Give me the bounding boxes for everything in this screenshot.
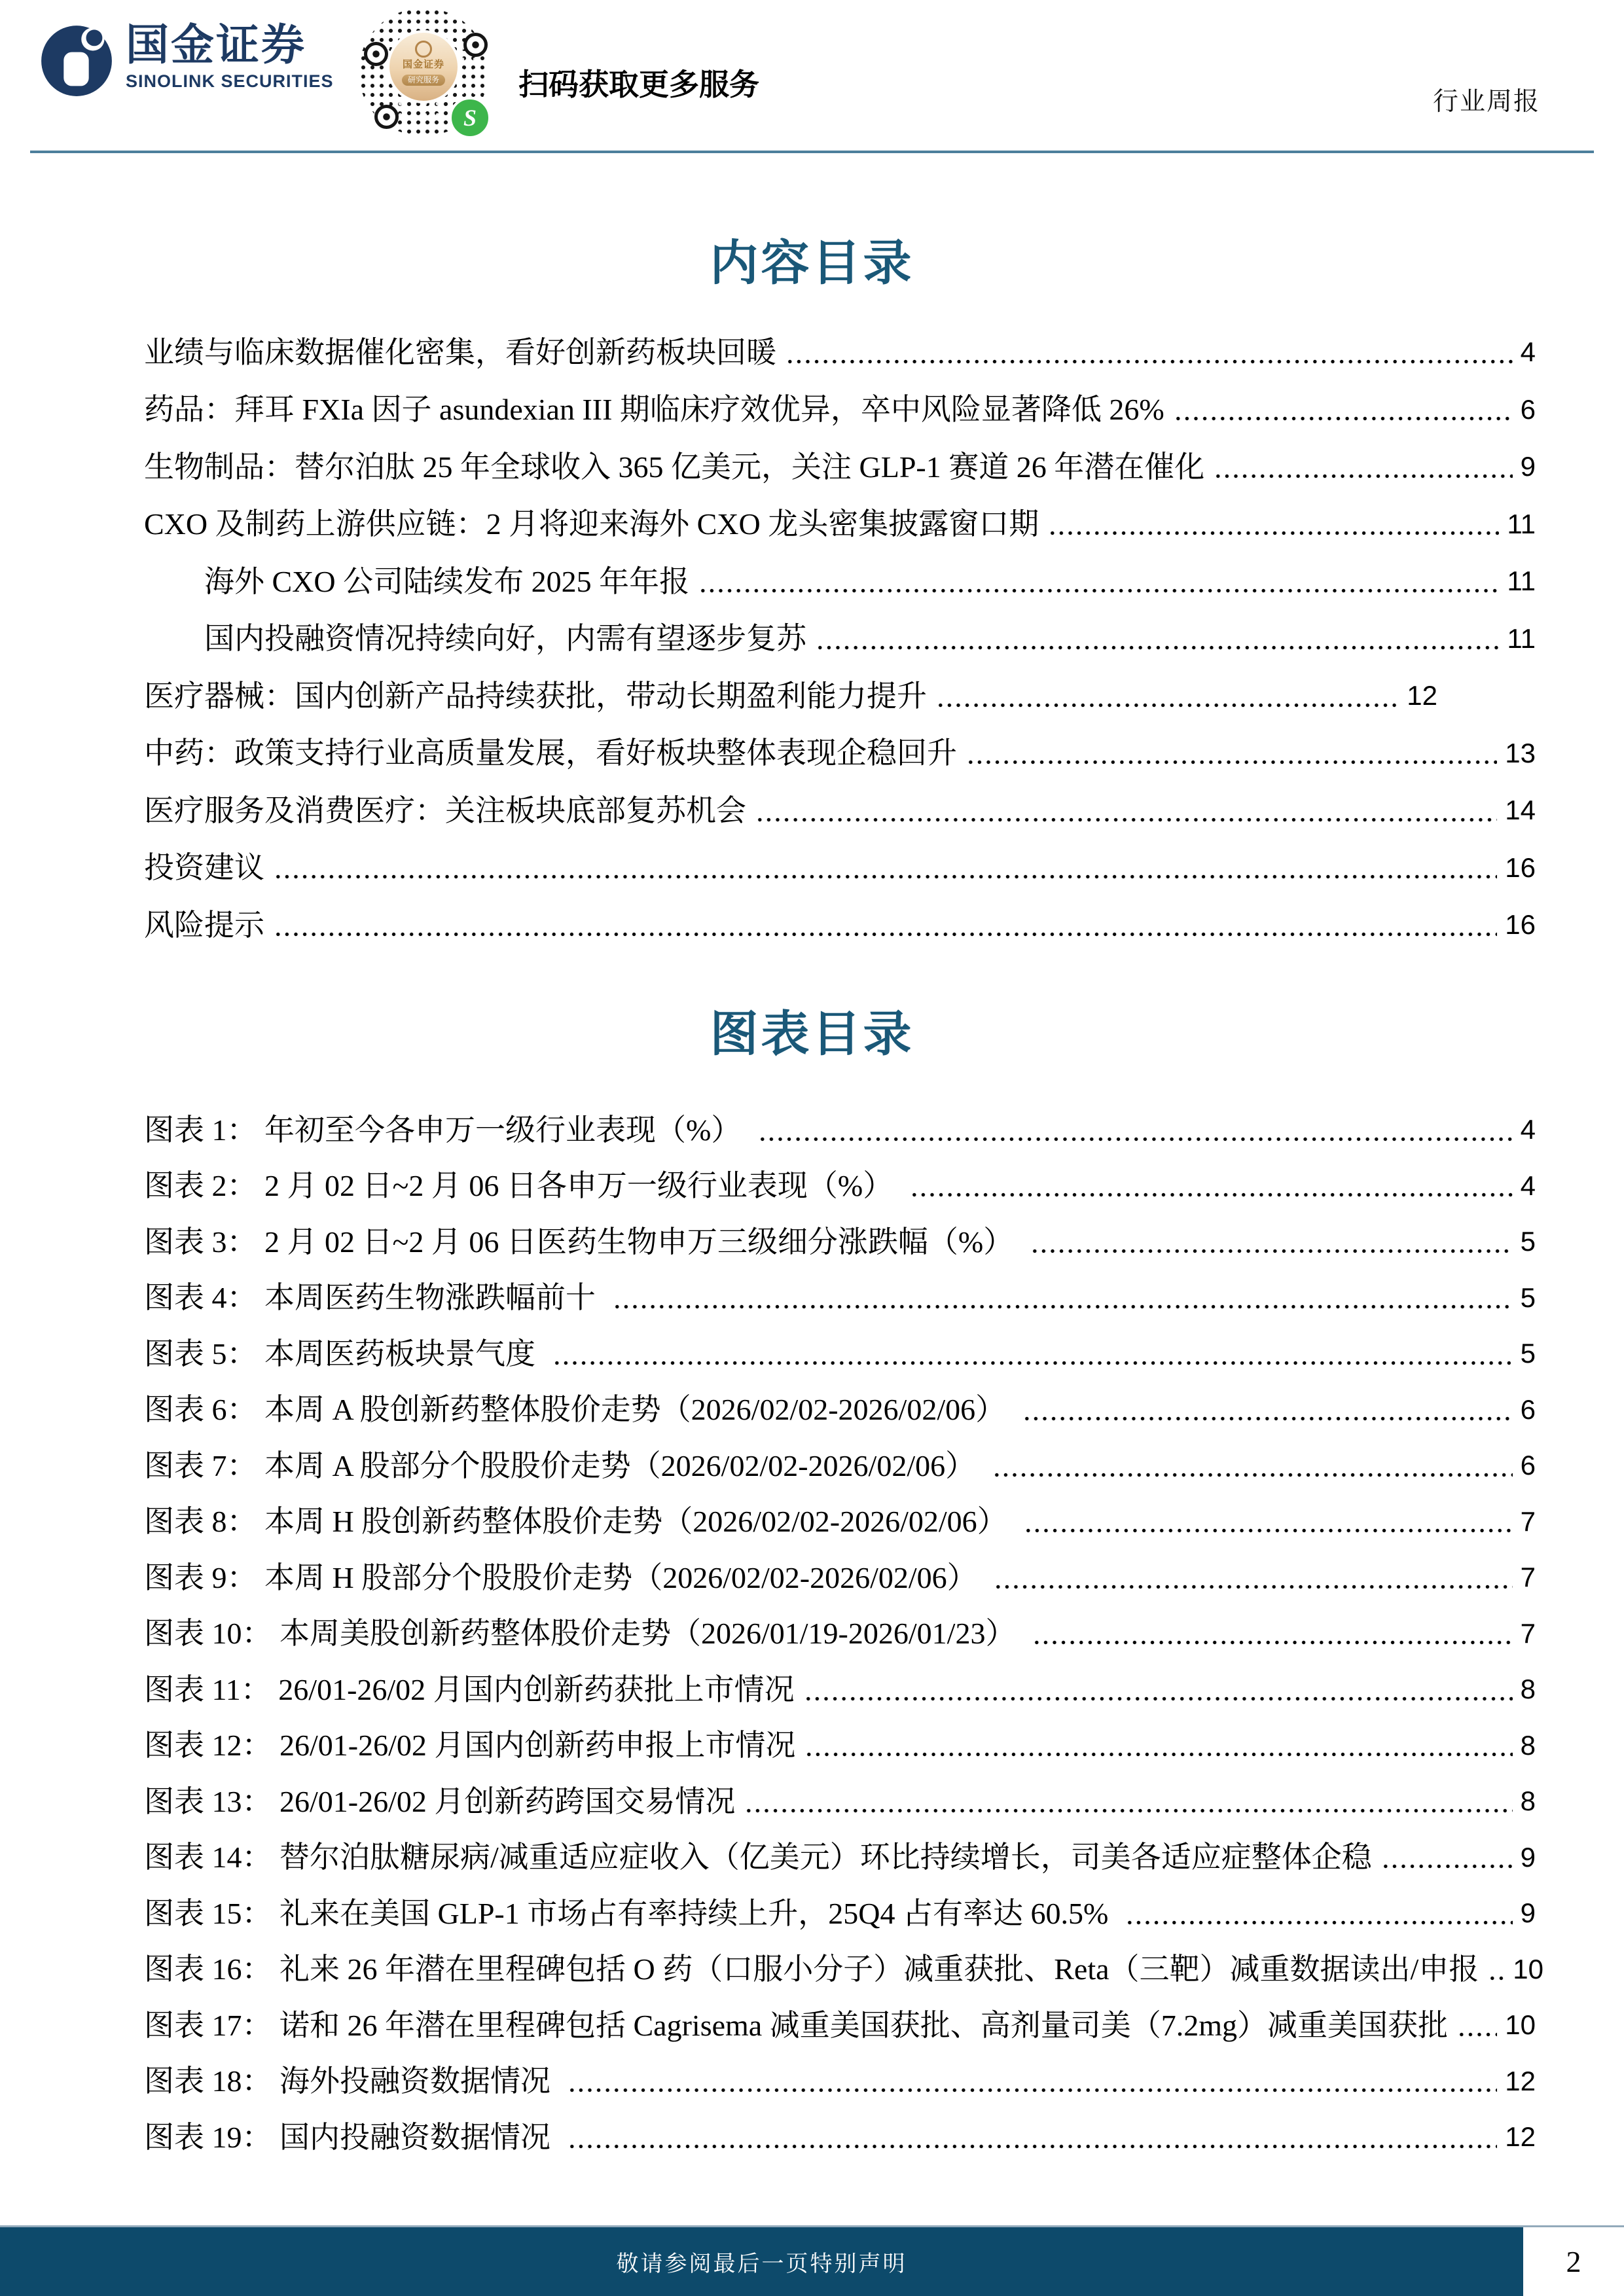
figure-toc-title: 图表目录 — [0, 1011, 1624, 1059]
toc-entry[interactable]: 药品：拜耳 FXIa 因子 asundexian III 期临床疗效优异，卒中风… — [144, 393, 1536, 427]
brand-logo: 国金证券 SINOLINK SECURITIES — [39, 22, 334, 97]
brand-name: 国金证券 — [126, 22, 334, 67]
report-type-label: 行业周报 — [1433, 89, 1540, 115]
dot-leader — [992, 1473, 1513, 1477]
qr-code: 国金证券 研究服务 S — [359, 8, 488, 136]
figure-toc-entry[interactable]: 图表 14： 替尔泊肽糖尿病/减重适应症收入（亿美元）环比持续增长，司美各适应症… — [144, 1840, 1536, 1875]
toc-entry[interactable]: 风险提示 16 — [144, 908, 1536, 942]
toc-entry-label: 图表 16： 礼来 26 年潜在里程碑包括 O 药（口服小分子）减重获批、Ret… — [144, 1952, 1479, 1986]
qr-finder-icon — [374, 105, 399, 129]
toc-entry-label: 图表 15： 礼来在美国 GLP-1 市场占有率持续上升，25Q4 占有率达 6… — [144, 1897, 1116, 1931]
toc-page-number: 11 — [1507, 622, 1536, 656]
toc-page-number: 16 — [1505, 851, 1536, 886]
toc-entry-label: 图表 12： 26/01-26/02 月国内创新药申报上市情况 — [144, 1729, 795, 1763]
figure-toc: 图表 1： 年初至今各申万一级行业表现（%） 4 图表 2： 2 月 02 日~… — [144, 1113, 1536, 2176]
toc-entry-label: 医疗服务及消费医疗：关注板块底部复苏机会 — [144, 794, 746, 828]
dot-leader — [804, 1696, 1513, 1701]
figure-toc-entry[interactable]: 图表 6： 本周 A 股创新药整体股价走势（2026/02/02-2026/02… — [144, 1393, 1536, 1427]
figure-toc-entry[interactable]: 图表 9： 本周 H 股部分个股股价走势（2026/02/02-2026/02/… — [144, 1560, 1536, 1595]
toc-page-number: 14 — [1505, 793, 1536, 828]
toc-page-number: 9 — [1521, 450, 1536, 484]
toc-entry-label: 图表 19： 国内投融资数据情况 — [144, 2121, 558, 2155]
content-toc: 业绩与临床数据催化密集，看好创新药板块回暖 4 药品：拜耳 FXIa 因子 as… — [144, 335, 1536, 965]
header-divider — [30, 151, 1594, 153]
qr-caption: 扫码获取更多服务 — [518, 69, 759, 99]
toc-entry[interactable]: 投资建议 16 — [144, 851, 1536, 886]
dot-leader — [785, 359, 1513, 364]
qr-finder-icon — [364, 42, 388, 66]
toc-entry[interactable]: 国内投融资情况持续向好，内需有望逐步复苏 11 — [144, 622, 1536, 656]
figure-toc-entry[interactable]: 图表 17： 诺和 26 年潜在里程碑包括 Cagrisema 减重美国获批、高… — [144, 2008, 1536, 2043]
dot-leader — [910, 1193, 1513, 1197]
dot-leader — [613, 1304, 1513, 1309]
report-page: 国金证券 SINOLINK SECURITIES 国金证券 研究服务 S 扫码获… — [0, 0, 1624, 2296]
toc-entry-label: 海外 CXO 公司陆续发布 2025 年年报 — [204, 565, 689, 599]
toc-page-number: 11 — [1507, 564, 1536, 599]
page-number: 2 — [1523, 2227, 1624, 2296]
toc-entry-label: 图表 13： 26/01-26/02 月创新药跨国交易情况 — [144, 1785, 735, 1819]
dot-leader — [698, 588, 1499, 593]
toc-entry-label: 图表 1： 年初至今各申万一级行业表现（%） — [144, 1113, 749, 1147]
toc-entry-label: 图表 3： 2 月 02 日~2 月 06 日医药生物申万三级细分涨跌幅（%） — [144, 1225, 1021, 1259]
dot-leader — [1381, 1864, 1513, 1869]
footer-disclaimer: 敬请参阅最后一页特别声明 — [617, 2246, 907, 2278]
toc-entry-label: 中药：政策支持行业高质量发展，看好板块整体表现企稳回升 — [144, 736, 957, 770]
dot-leader — [758, 1137, 1513, 1141]
figure-toc-entry[interactable]: 图表 7： 本周 A 股部分个股股价走势（2026/02/02-2026/02/… — [144, 1448, 1536, 1483]
brand-text: 国金证券 SINOLINK SECURITIES — [126, 22, 334, 90]
dot-leader — [1024, 1528, 1512, 1533]
toc-entry-label: 药品：拜耳 FXIa 因子 asundexian III 期临床疗效优异，卒中风… — [144, 393, 1164, 427]
figure-toc-entry[interactable]: 图表 18： 海外投融资数据情况 12 — [144, 2064, 1536, 2099]
dot-leader — [1032, 1640, 1513, 1645]
toc-page-number: 6 — [1521, 1393, 1536, 1427]
toc-page-number: 10 — [1505, 2008, 1536, 2043]
dot-leader — [1022, 1416, 1513, 1421]
toc-entry-label: 投资建议 — [144, 851, 264, 885]
dot-leader — [1048, 531, 1499, 535]
toc-page-number: 12 — [1505, 2120, 1536, 2155]
toc-entry-label: 图表 8： 本周 H 股创新药整体股价走势（2026/02/02-2026/02… — [144, 1505, 1015, 1539]
toc-page-number: 4 — [1521, 335, 1536, 370]
toc-page-number: 8 — [1521, 1729, 1536, 1763]
qr-center-logo-icon — [415, 41, 432, 58]
figure-toc-entry[interactable]: 图表 4： 本周医药生物涨跌幅前十 5 — [144, 1281, 1536, 1316]
qr-center-service-label: 研究服务 — [402, 75, 445, 86]
toc-entry[interactable]: 海外 CXO 公司陆续发布 2025 年年报 11 — [144, 564, 1536, 599]
toc-entry-label: 图表 4： 本周医药生物涨跌幅前十 — [144, 1281, 604, 1315]
toc-entry-label: 图表 2： 2 月 02 日~2 月 06 日各申万一级行业表现（%） — [144, 1169, 901, 1203]
qr-center-medallion: 国金证券 研究服务 — [387, 30, 460, 103]
toc-entry-label: 图表 5： 本周医药板块景气度 — [144, 1337, 543, 1371]
toc-page-number: 12 — [1407, 679, 1437, 713]
toc-entry-label: 图表 11： 26/01-26/02 月国内创新药获批上市情况 — [144, 1673, 795, 1707]
dot-leader — [1174, 416, 1513, 421]
toc-page-number: 6 — [1521, 393, 1536, 427]
figure-toc-entry[interactable]: 图表 19： 国内投融资数据情况 12 — [144, 2120, 1536, 2155]
wechat-channel-icon: S — [449, 97, 491, 139]
toc-entry-label: 图表 7： 本周 A 股部分个股股价走势（2026/02/02-2026/02/… — [144, 1449, 983, 1483]
toc-page-number: 13 — [1505, 736, 1536, 771]
dot-leader — [552, 1361, 1513, 1365]
toc-page-number: 8 — [1521, 1784, 1536, 1819]
dot-leader — [1488, 1976, 1505, 1981]
toc-page-number: 7 — [1521, 1505, 1536, 1539]
figure-toc-entry[interactable]: 图表 5： 本周医药板块景气度 5 — [144, 1336, 1536, 1371]
toc-entry-label: 图表 18： 海外投融资数据情况 — [144, 2064, 558, 2098]
sinolink-logo-icon — [39, 22, 114, 97]
toc-entry[interactable]: 医疗器械：国内创新产品持续获批，带动长期盈利能力提升 12 — [144, 679, 1536, 713]
toc-page-number: 5 — [1521, 1281, 1536, 1316]
dot-leader — [568, 2144, 1498, 2149]
toc-page-number: 4 — [1521, 1169, 1536, 1204]
toc-entry-label: 图表 14： 替尔泊肽糖尿病/减重适应症收入（亿美元）环比持续增长，司美各适应症… — [144, 1840, 1372, 1874]
toc-entry-label: 国内投融资情况持续向好，内需有望逐步复苏 — [204, 622, 806, 656]
toc-entry[interactable]: 中药：政策支持行业高质量发展，看好板块整体表现企稳回升 13 — [144, 736, 1536, 771]
brand-name-en: SINOLINK SECURITIES — [126, 73, 334, 90]
qr-center-brand: 国金证券 — [389, 60, 458, 71]
figure-toc-entry[interactable]: 图表 12： 26/01-26/02 月国内创新药申报上市情况 8 — [144, 1729, 1536, 1763]
dot-leader — [1457, 2032, 1497, 2037]
dot-leader — [1030, 1249, 1513, 1253]
toc-entry-label: 图表 9： 本周 H 股部分个股股价走势（2026/02/02-2026/02/… — [144, 1561, 984, 1595]
toc-entry-label: 生物制品：替尔泊肽 25 年全球收入 365 亿美元，关注 GLP-1 赛道 2… — [144, 450, 1204, 484]
toc-entry-label: 风险提示 — [144, 908, 264, 942]
figure-toc-entry[interactable]: 图表 16： 礼来 26 年潜在里程碑包括 O 药（口服小分子）减重获批、Ret… — [144, 1952, 1536, 1987]
toc-page-number: 4 — [1521, 1113, 1536, 1147]
qr-finder-icon — [463, 33, 488, 57]
toc-entry-label: CXO 及制药上游供应链：2 月将迎来海外 CXO 龙头密集披露窗口期 — [144, 507, 1039, 541]
toc-page-number: 5 — [1521, 1336, 1536, 1371]
toc-page-number: 8 — [1521, 1672, 1536, 1707]
toc-page-number: 11 — [1507, 507, 1536, 542]
dot-leader — [1125, 1920, 1513, 1925]
figure-toc-entry[interactable]: 图表 15： 礼来在美国 GLP-1 市场占有率持续上升，25Q4 占有率达 6… — [144, 1896, 1536, 1931]
figure-toc-entry[interactable]: 图表 13： 26/01-26/02 月创新药跨国交易情况 8 — [144, 1784, 1536, 1819]
dot-leader — [966, 760, 1497, 764]
toc-page-number: 12 — [1505, 2064, 1536, 2099]
dot-leader — [744, 1808, 1512, 1813]
toc-entry-label: 图表 10： 本周美股创新药整体股价走势（2026/01/19-2026/01/… — [144, 1617, 1023, 1651]
dot-leader — [274, 932, 1497, 937]
content-toc-title: 内容目录 — [0, 240, 1624, 288]
footer-bar: 敬请参阅最后一页特别声明 — [0, 2227, 1523, 2296]
dot-leader — [568, 2088, 1498, 2092]
figure-toc-entry[interactable]: 图表 3： 2 月 02 日~2 月 06 日医药生物申万三级细分涨跌幅（%） … — [144, 1225, 1536, 1259]
toc-page-number: 5 — [1521, 1225, 1536, 1259]
toc-page-number: 9 — [1521, 1896, 1536, 1931]
figure-toc-entry[interactable]: 图表 10： 本周美股创新药整体股价走势（2026/01/19-2026/01/… — [144, 1617, 1536, 1651]
dot-leader — [804, 1752, 1512, 1757]
toc-entry-label: 图表 6： 本周 A 股创新药整体股价走势（2026/02/02-2026/02… — [144, 1393, 1013, 1427]
toc-page-number: 16 — [1505, 908, 1536, 942]
figure-toc-entry[interactable]: 图表 11： 26/01-26/02 月国内创新药获批上市情况 8 — [144, 1672, 1536, 1707]
toc-page-number: 9 — [1521, 1840, 1536, 1875]
toc-entry-label: 业绩与临床数据催化密集，看好创新药板块回暖 — [144, 336, 776, 370]
toc-page-number: 7 — [1521, 1560, 1536, 1595]
dot-leader — [274, 874, 1497, 879]
toc-entry-label: 图表 17： 诺和 26 年潜在里程碑包括 Cagrisema 减重美国获批、高… — [144, 2009, 1448, 2043]
figure-toc-entry[interactable]: 图表 2： 2 月 02 日~2 月 06 日各申万一级行业表现（%） 4 — [144, 1169, 1536, 1204]
figure-toc-entry[interactable]: 图表 1： 年初至今各申万一级行业表现（%） 4 — [144, 1113, 1536, 1147]
dot-leader — [816, 645, 1499, 650]
dot-leader — [755, 817, 1497, 822]
dot-leader — [936, 703, 1399, 708]
toc-page-number: 6 — [1521, 1448, 1536, 1483]
dot-leader — [994, 1585, 1512, 1589]
figure-toc-entry[interactable]: 图表 8： 本周 H 股创新药整体股价走势（2026/02/02-2026/02… — [144, 1505, 1536, 1539]
dot-leader — [1214, 474, 1512, 478]
toc-entry-label: 医疗器械：国内创新产品持续获批，带动长期盈利能力提升 — [144, 679, 927, 713]
toc-entry[interactable]: 医疗服务及消费医疗：关注板块底部复苏机会 14 — [144, 793, 1536, 828]
toc-entry[interactable]: CXO 及制药上游供应链：2 月将迎来海外 CXO 龙头密集披露窗口期 11 — [144, 507, 1536, 542]
toc-page-number: 10 — [1513, 1952, 1543, 1987]
toc-page-number: 7 — [1521, 1617, 1536, 1651]
toc-entry[interactable]: 业绩与临床数据催化密集，看好创新药板块回暖 4 — [144, 335, 1536, 370]
toc-entry[interactable]: 生物制品：替尔泊肽 25 年全球收入 365 亿美元，关注 GLP-1 赛道 2… — [144, 450, 1536, 484]
